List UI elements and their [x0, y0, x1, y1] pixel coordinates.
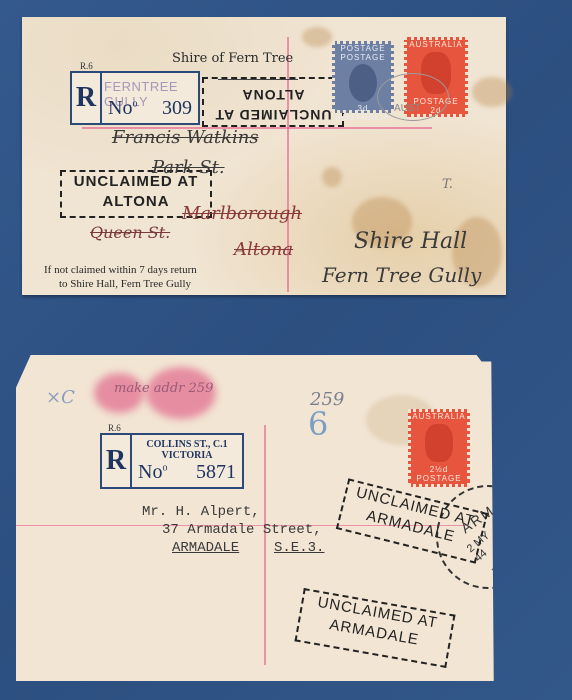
stamp-2-half-d: AUSTRALIA 2½d POSTAGE — [408, 409, 470, 487]
return-note-2: to Shire Hall, Fern Tree Gully — [59, 277, 191, 291]
number-label: Noo — [138, 461, 167, 484]
registration-letter: R — [102, 435, 132, 487]
header-text: Shire of Fern Tree — [172, 51, 293, 66]
registration-label: R COLLINS ST., C.1 VICTORIA Noo 5871 — [100, 433, 244, 489]
stain — [302, 27, 332, 47]
number-label: Noo — [108, 97, 137, 120]
pencil-mark: T. — [442, 177, 453, 192]
crossed-line: Queen St. — [90, 223, 170, 242]
registration-letter: R — [72, 73, 102, 123]
address-line2: 37 Armadale Street, — [162, 521, 322, 539]
stain — [322, 167, 342, 187]
form-number: R.6 — [80, 61, 93, 71]
pencil-note: make addr 259 — [114, 381, 213, 396]
blue-number: 6 — [308, 405, 328, 443]
form-number: R.6 — [108, 423, 121, 433]
redirect-line1: Shire Hall — [354, 229, 467, 254]
portrait-icon — [349, 64, 377, 102]
pink-line — [264, 425, 266, 665]
cover-top: Shire of Fern Tree R.6 R FERNTREE GULLY … — [22, 17, 506, 295]
postmark-text: AUST — [394, 103, 421, 114]
crossed-town: Altona — [234, 239, 293, 260]
return-note-1: If not claimed within 7 days return — [44, 263, 197, 277]
unclaimed-handstamp: UNCLAIMED AT ARMADALE — [294, 588, 455, 668]
registration-number: 309 — [162, 97, 192, 120]
cover-bottom: ×C make addr 259 259 6 R.6 R COLLINS ST.… — [16, 355, 506, 681]
crossed-name: Francis Watkins — [112, 127, 259, 148]
address-town: ARMADALE — [172, 539, 239, 557]
registration-label: R FERNTREE GULLY Noo 309 — [70, 71, 200, 125]
crossed-suburb: Marlborough — [182, 203, 302, 224]
unclaimed-handstamp-inverted: UNCLAIMED AT ALTONA — [202, 77, 344, 127]
registration-number: 5871 — [196, 461, 236, 484]
crossed-street: Park St. — [152, 157, 225, 178]
office-name: COLLINS ST., C.1 VICTORIA — [134, 439, 240, 461]
address-district: S.E.3. — [274, 539, 324, 557]
portrait-icon — [425, 424, 453, 462]
address-line1: Mr. H. Alpert, — [142, 503, 260, 521]
redirect-line2: Fern Tree Gully — [322, 263, 481, 287]
stain — [472, 77, 512, 107]
pencil-mark: ×C — [46, 387, 75, 408]
